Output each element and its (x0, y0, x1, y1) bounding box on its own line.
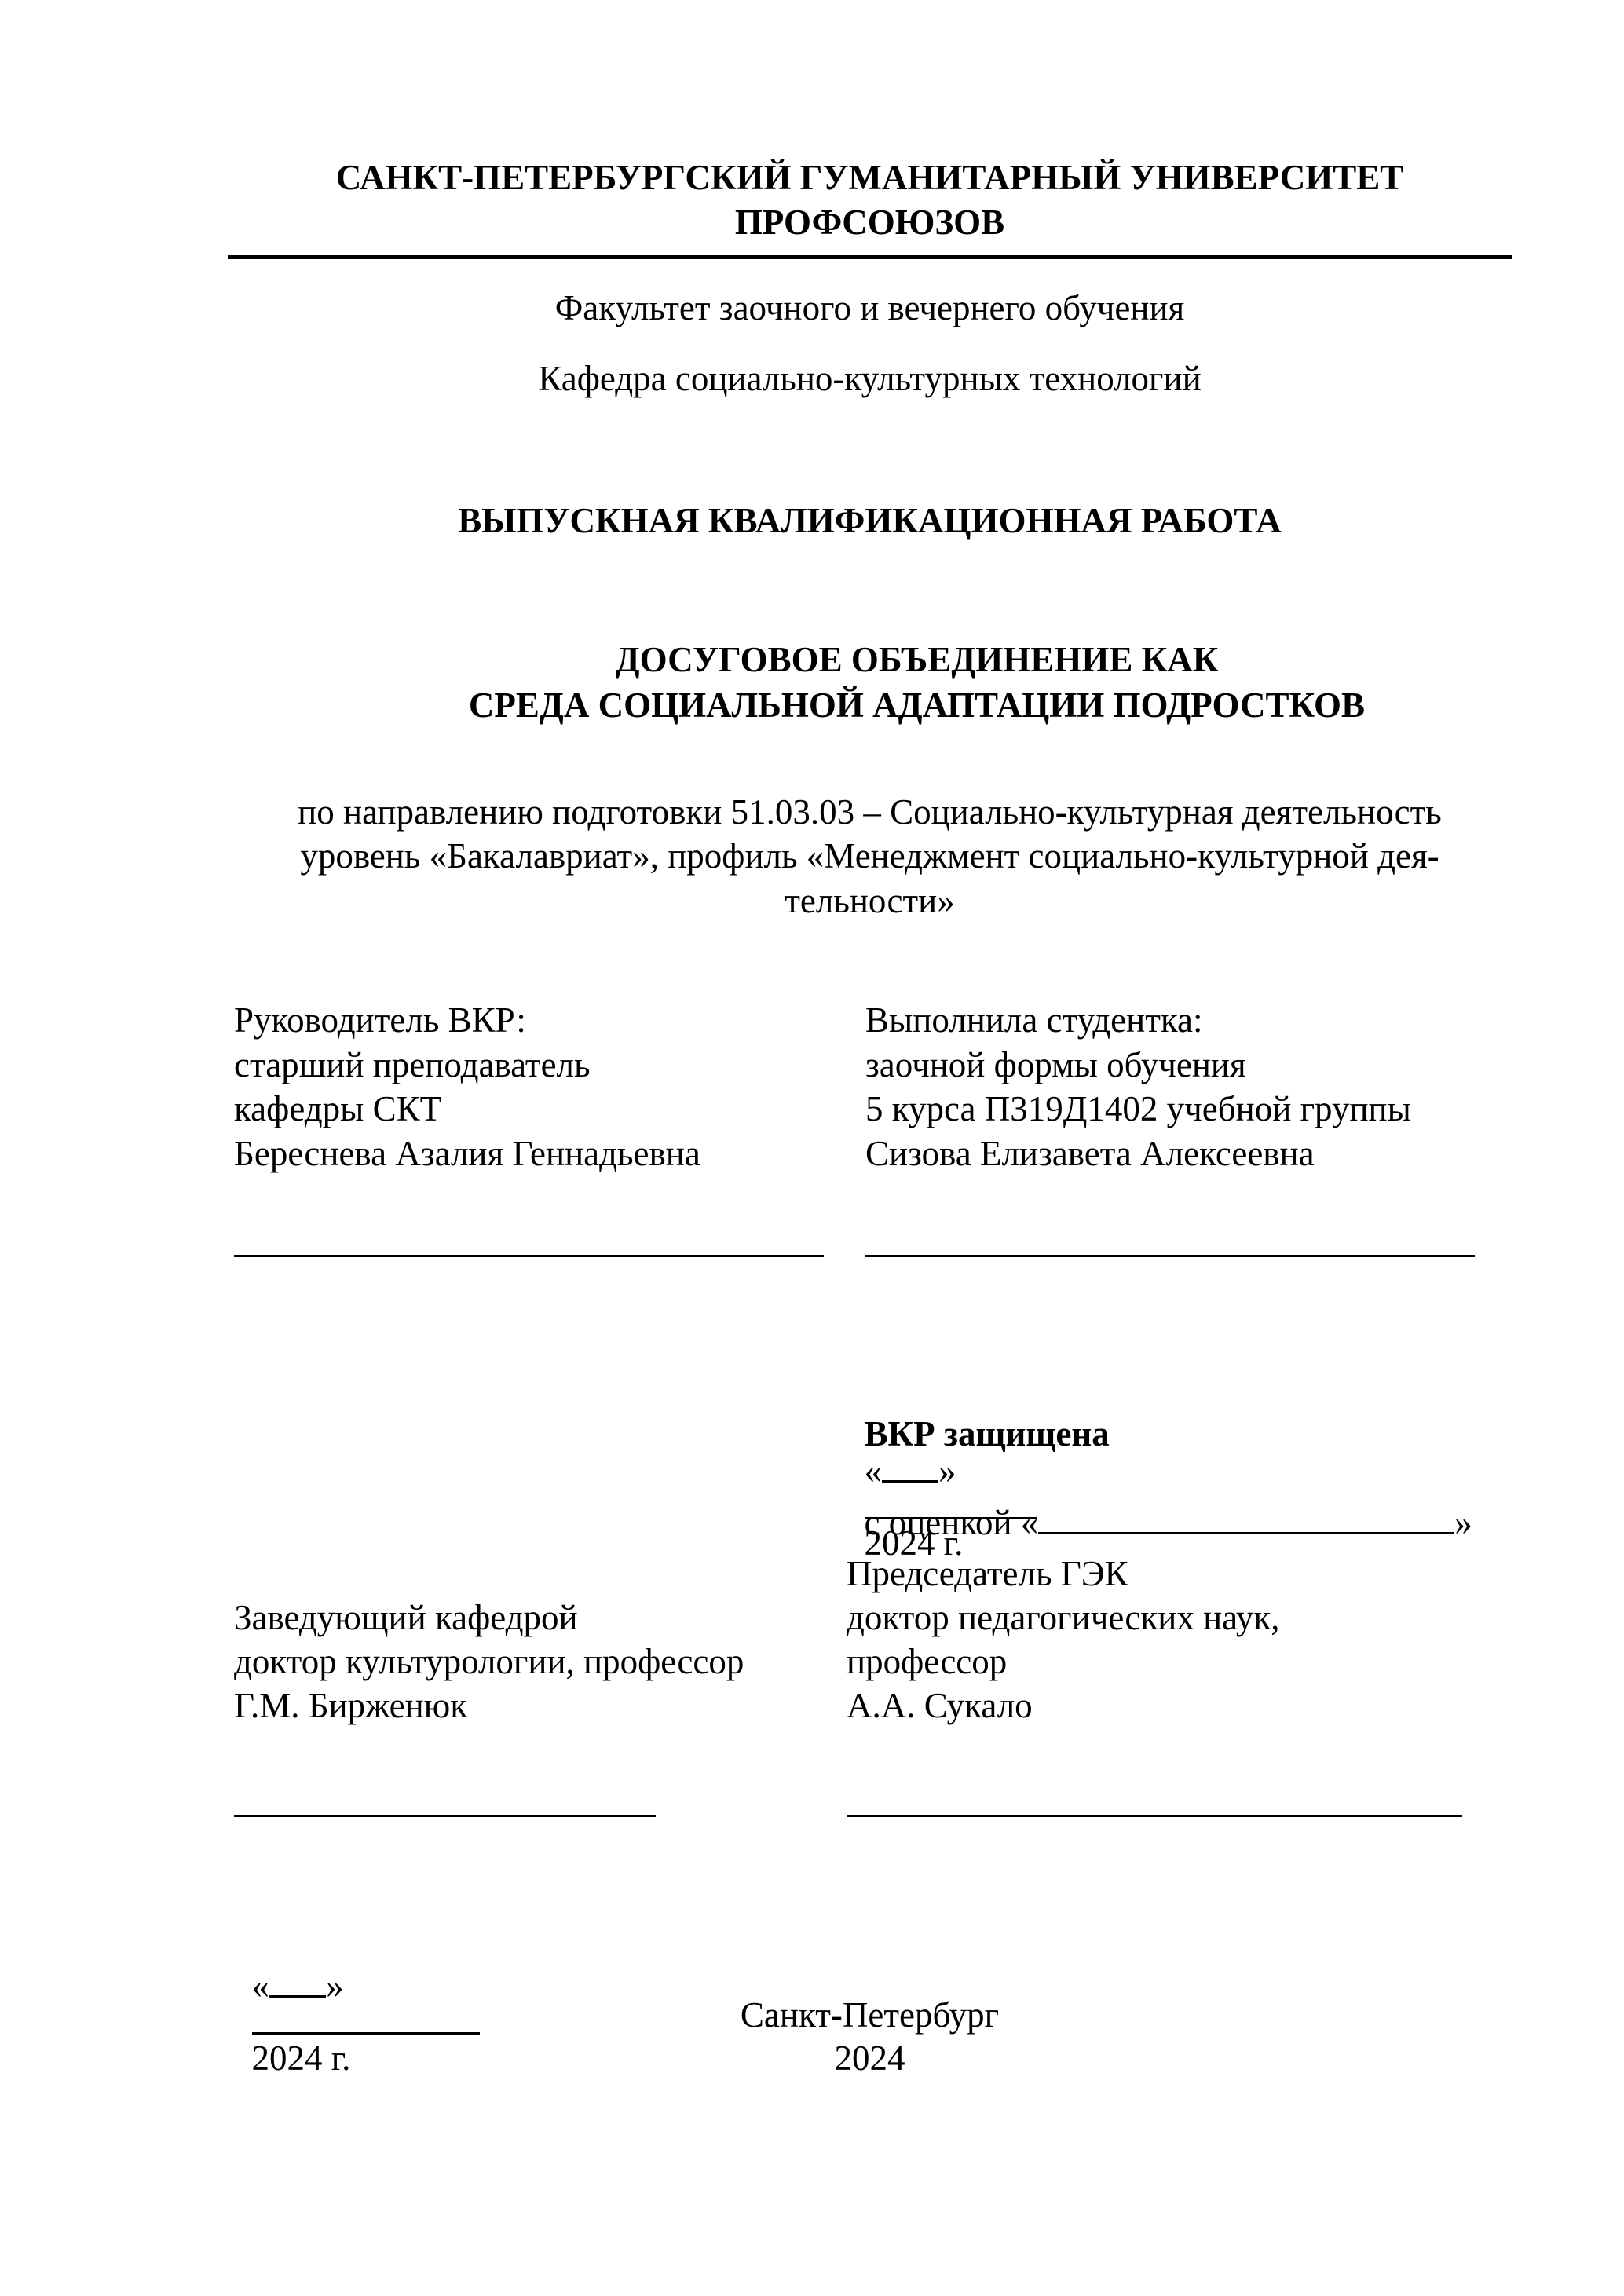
footer-year: 2024 (228, 2041, 1512, 2076)
student-label: Выполнила студентка: (865, 1003, 1203, 1038)
defense-label: ВКР защищена (865, 1414, 1110, 1453)
direction-line2: уровень «Бакалавриат», профиль «Менеджме… (228, 839, 1512, 874)
work-title-line1: ДОСУГОВОЕ ОБЪЕДИНЕНИЕ КАК (228, 642, 1512, 678)
chair-title: Председатель ГЭК (847, 1556, 1128, 1592)
supervisor-department: кафедры СКТ (234, 1091, 441, 1127)
footer-city: Санкт-Петербург (228, 1998, 1512, 2033)
student-group: 5 курса П319Д1402 учебной группы (865, 1091, 1411, 1127)
supervisor-position: старший преподаватель (234, 1047, 591, 1083)
work-type: ВЫПУСКНАЯ КВАЛИФИКАЦИОННАЯ РАБОТА (228, 503, 1512, 539)
supervisor-name: Береснева Азалия Геннадьевна (234, 1136, 700, 1172)
chair-name: А.А. Сукало (847, 1688, 1033, 1724)
supervisor-signature-line (234, 1255, 824, 1257)
student-study-form: заочной формы обучения (865, 1047, 1246, 1083)
department-name: Кафедра социально-культурных технологий (228, 361, 1512, 397)
direction-line1: по направлению подготовки 51.03.03 – Соц… (228, 795, 1512, 830)
university-name-line1: САНКТ-ПЕТЕРБУРГСКИЙ ГУМАНИТАРНЫЙ УНИВЕРС… (228, 160, 1512, 196)
grade-line: с оценкой «» (847, 1468, 1472, 1541)
student-name: Сизова Елизавета Алексеевна (865, 1136, 1315, 1172)
university-name-line2: ПРОФСОЮЗОВ (228, 205, 1512, 240)
chair-degree: доктор педагогических наук, (847, 1600, 1279, 1636)
work-title-line2: СРЕДА СОЦИАЛЬНОЙ АДАПТАЦИИ ПОДРОСТКОВ (228, 688, 1512, 723)
grade-label: с оценкой « (865, 1503, 1039, 1542)
header-rule (228, 255, 1512, 259)
chair-signature-line (847, 1815, 1462, 1817)
supervisor-label: Руководитель ВКР: (234, 1003, 526, 1038)
grade-quote-close: » (1454, 1503, 1472, 1542)
head-name: Г.М. Бирженюк (234, 1688, 467, 1724)
student-signature-line (865, 1255, 1475, 1257)
grade-blank (1038, 1504, 1454, 1534)
direction-line3: тельности» (228, 883, 1512, 919)
faculty-name: Факультет заочного и вечернего обучения (228, 291, 1512, 326)
date-day-blank (269, 1967, 326, 1998)
head-degree: доктор культурологии, профессор (234, 1644, 744, 1680)
head-title: Заведующий кафедрой (234, 1600, 578, 1636)
chair-rank: профессор (847, 1644, 1007, 1680)
head-signature-line (234, 1815, 656, 1817)
